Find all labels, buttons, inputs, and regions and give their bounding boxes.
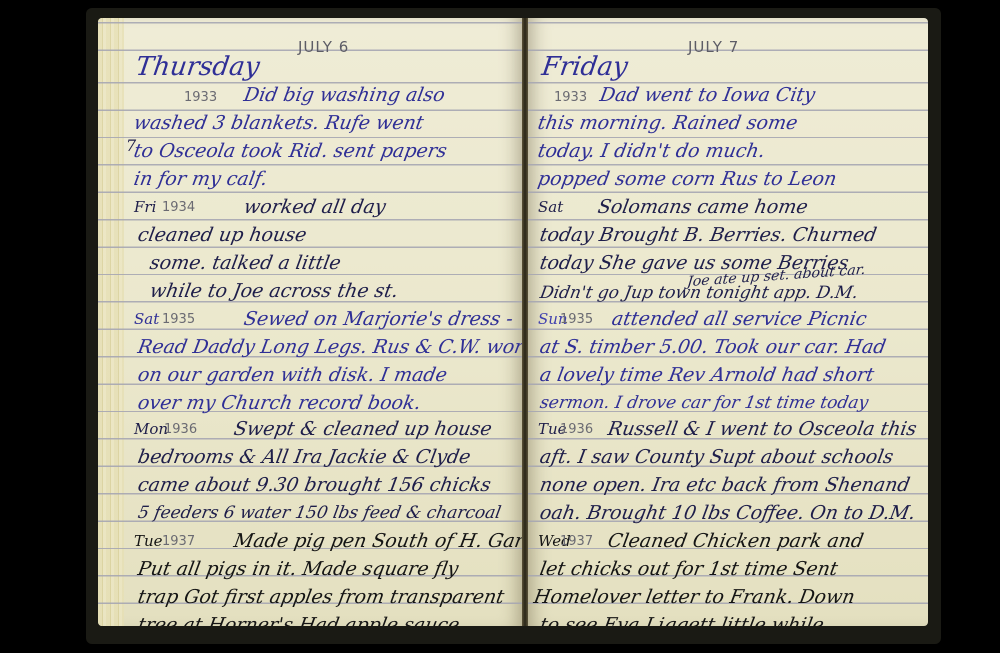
entry-line: tree at Horner's Had apple sauce	[136, 612, 462, 626]
entry-line: came about 9.30 brought 156 chicks	[136, 472, 493, 499]
entry-weekday: Sat	[538, 198, 563, 216]
entry-line: let chicks out for 1st time Sent	[538, 556, 840, 583]
entry-line: Russell & I went to Osceola this	[606, 416, 919, 443]
entry-line: none open. Ira etc back from Shenand	[538, 472, 912, 499]
entry-year: 1933	[554, 90, 587, 105]
entry-line: Did big washing also	[242, 82, 447, 109]
entry-line: oah. Brought 10 lbs Coffee. On to D.M.	[538, 500, 918, 527]
entry-line: at S. timber 5.00. Took our car. Had	[538, 334, 888, 361]
day-name: Thursday	[134, 52, 262, 82]
entry-year: 1937	[162, 534, 195, 549]
left-page: JULY 6 Thursday 7 1933 Did big washing a…	[98, 18, 522, 626]
open-diary: JULY 6 Thursday 7 1933 Did big washing a…	[86, 8, 941, 644]
entry-line: attended all service Picnic	[610, 306, 869, 333]
entry-line: to Osceola took Rid. sent papers	[132, 138, 449, 165]
entry-year: 1935	[560, 312, 593, 327]
entry-line: Cleaned Chicken park and	[606, 528, 866, 555]
entry-line: 5 feeders 6 water 150 lbs feed & charcoa…	[136, 500, 504, 527]
entry-line: Homelover letter to Frank. Down	[532, 584, 857, 611]
page-date-header: JULY 7	[688, 38, 739, 56]
entry-line: Didn't go Jup town tonight app. D.M.	[538, 280, 861, 307]
entry-line: Made pig pen South of H. Garage	[232, 528, 522, 555]
entry-line: on our garden with disk. I made	[136, 362, 450, 389]
entry-year: 1934	[162, 200, 195, 215]
entry-weekday: Mon	[134, 420, 168, 438]
entry-line: in for my calf.	[132, 166, 270, 193]
entry-line: trap Got first apples from transparent	[136, 584, 507, 611]
entry-line: today. I didn't do much.	[536, 138, 768, 165]
entry-line: some. talked a little	[148, 250, 343, 277]
entry-line: aft. I saw County Supt about schools	[538, 444, 896, 471]
day-name: Friday	[540, 52, 630, 82]
entry-line: sermon. I drove car for 1st time today	[538, 390, 871, 417]
entry-line: Solomans came home	[596, 194, 810, 221]
entry-year: 1936	[164, 422, 197, 437]
entry-year: 1937	[560, 534, 593, 549]
entry-line: over my Church record book.	[136, 390, 423, 417]
entry-line: worked all day	[242, 194, 388, 221]
entry-line: Put all pigs in it. Made square fly	[136, 556, 461, 583]
right-page: JULY 7 Friday 1933 Dad went to Iowa City…	[528, 18, 928, 626]
entry-line: a lovely time Rev Arnold had short	[538, 362, 876, 389]
entry-weekday: Tue	[134, 532, 163, 550]
entry-line: Sewed on Marjorie's dress -	[242, 306, 516, 333]
entry-line: cleaned up house	[136, 222, 309, 249]
entry-weekday: Fri	[134, 198, 156, 216]
entry-year: 1935	[162, 312, 195, 327]
entry-line: while to Joe across the st.	[148, 278, 401, 305]
entry-line: bedrooms & All Ira Jackie & Clyde	[136, 444, 473, 471]
entry-line: this morning. Rained some	[536, 110, 800, 137]
entry-line: washed 3 blankets. Rufe went	[132, 110, 426, 137]
entry-line: today Brought B. Berries. Churned	[538, 222, 879, 249]
entry-line: Swept & cleaned up house	[232, 416, 494, 443]
entry-line: to see Eva Liggett little while	[538, 612, 826, 626]
entry-line: Dad went to Iowa City	[598, 82, 818, 109]
entry-line: Read Daddy Long Legs. Rus & C.W. worked	[136, 334, 522, 361]
page-date-header: JULY 6	[298, 38, 349, 56]
entry-weekday: Sat	[134, 310, 159, 328]
entry-line: popped some corn Rus to Leon	[536, 166, 839, 193]
entry-year: 1933	[184, 90, 217, 105]
entry-year: 1936	[560, 422, 593, 437]
